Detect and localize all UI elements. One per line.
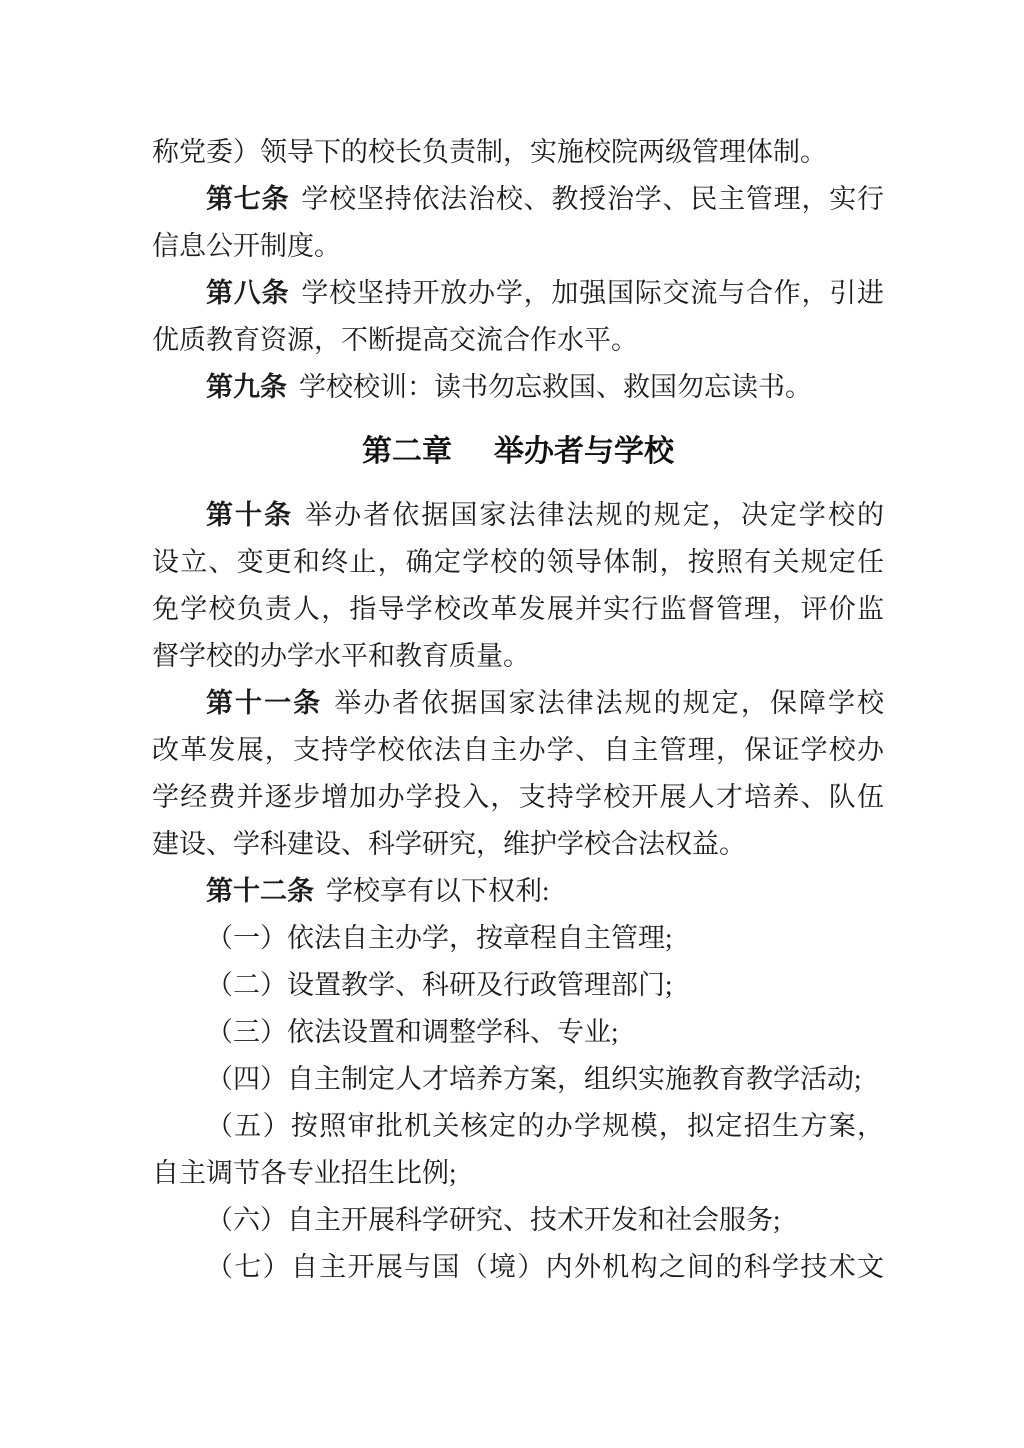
document-page: 称党委）领导下的校长负责制，实施校院两级管理体制。 第七条学校坚持依法治校、教授… [152,129,884,1291]
line-text: 学校校训：读书勿忘救国、救国勿忘读书。 [299,372,812,402]
document-line: （四）自主制定人才培养方案，组织实施教育教学活动; [152,1056,884,1103]
line-text: （二）设置教学、科研及行政管理部门; [206,970,673,1000]
document-line: 免学校负责人，指导学校改革发展并实行监督管理，评价监 [152,586,884,633]
line-text: 学校坚持依法治校、教授治学、民主管理，实行 [301,184,884,214]
document-line: （六）自主开展科学研究、技术开发和社会服务; [152,1197,884,1244]
article-number: 第十二条 [206,876,314,906]
line-text: 免学校负责人，指导学校改革发展并实行监督管理，评价监 [152,594,884,624]
chapter-number: 第二章 [362,428,452,475]
line-text: 举办者依据国家法律法规的规定，决定学校的 [305,500,884,530]
line-text: 督学校的办学水平和教育质量。 [152,641,530,671]
document-line: 第九条学校校训：读书勿忘救国、救国勿忘读书。 [152,364,884,411]
line-text: 建设、学科建设、科学研究，维护学校合法权益。 [152,829,746,859]
document-line: （一）依法自主办学，按章程自主管理; [152,915,884,962]
line-text: 学校坚持开放办学，加强国际交流与合作，引进 [301,278,884,308]
chapter-heading: 第二章 举办者与学校 [152,428,884,475]
line-text: 设立、变更和终止，确定学校的领导体制，按照有关规定任 [152,547,884,577]
document-line: 督学校的办学水平和教育质量。 [152,633,884,680]
line-text: （五）按照审批机关核定的办学规模，拟定招生方案， [206,1111,884,1141]
line-text: 优质教育资源，不断提高交流合作水平。 [152,325,638,355]
document-line: 第七条学校坚持依法治校、教授治学、民主管理，实行 [152,176,884,223]
chapter-title: 举办者与学校 [494,428,674,475]
document-line: （五）按照审批机关核定的办学规模，拟定招生方案， [152,1103,884,1150]
line-text: 举办者依据国家法律法规的规定，保障学校 [334,688,884,718]
article-number: 第十条 [206,500,293,530]
document-line: 设立、变更和终止，确定学校的领导体制，按照有关规定任 [152,539,884,586]
line-text: 学校享有以下权利: [326,876,550,906]
document-line: 第十二条学校享有以下权利: [152,868,884,915]
document-line: （三）依法设置和调整学科、专业; [152,1009,884,1056]
document-line: 称党委）领导下的校长负责制，实施校院两级管理体制。 [152,129,884,176]
line-text: （四）自主制定人才培养方案，组织实施教育教学活动; [206,1064,862,1094]
line-text: 改革发展，支持学校依法自主办学、自主管理，保证学校办 [152,735,884,765]
line-text: （七）自主开展与国（境）内外机构之间的科学技术文 [206,1252,884,1282]
line-text: （六）自主开展科学研究、技术开发和社会服务; [206,1205,781,1235]
document-line: 第十条举办者依据国家法律法规的规定，决定学校的 [152,492,884,539]
line-text: 称党委）领导下的校长负责制，实施校院两级管理体制。 [152,137,827,167]
document-line: 第十一条举办者依据国家法律法规的规定，保障学校 [152,680,884,727]
document-line: （二）设置教学、科研及行政管理部门; [152,962,884,1009]
document-line: 信息公开制度。 [152,223,884,270]
document-line: 自主调节各专业招生比例; [152,1150,884,1197]
document-line: （七）自主开展与国（境）内外机构之间的科学技术文 [152,1244,884,1291]
article-number: 第十一条 [206,688,322,718]
line-text: 信息公开制度。 [152,231,341,261]
document-line: 学经费并逐步增加办学投入，支持学校开展人才培养、队伍 [152,774,884,821]
line-text: （一）依法自主办学，按章程自主管理; [206,923,673,953]
document-line: 改革发展，支持学校依法自主办学、自主管理，保证学校办 [152,727,884,774]
article-number: 第九条 [206,372,287,402]
article-number: 第七条 [206,184,289,214]
document-line: 优质教育资源，不断提高交流合作水平。 [152,317,884,364]
document-line: 第八条学校坚持开放办学，加强国际交流与合作，引进 [152,270,884,317]
article-number: 第八条 [206,278,289,308]
document-line: 建设、学科建设、科学研究，维护学校合法权益。 [152,821,884,868]
line-text: 自主调节各专业招生比例; [152,1158,457,1188]
line-text: （三）依法设置和调整学科、专业; [206,1017,619,1047]
line-text: 学经费并逐步增加办学投入，支持学校开展人才培养、队伍 [152,782,884,812]
